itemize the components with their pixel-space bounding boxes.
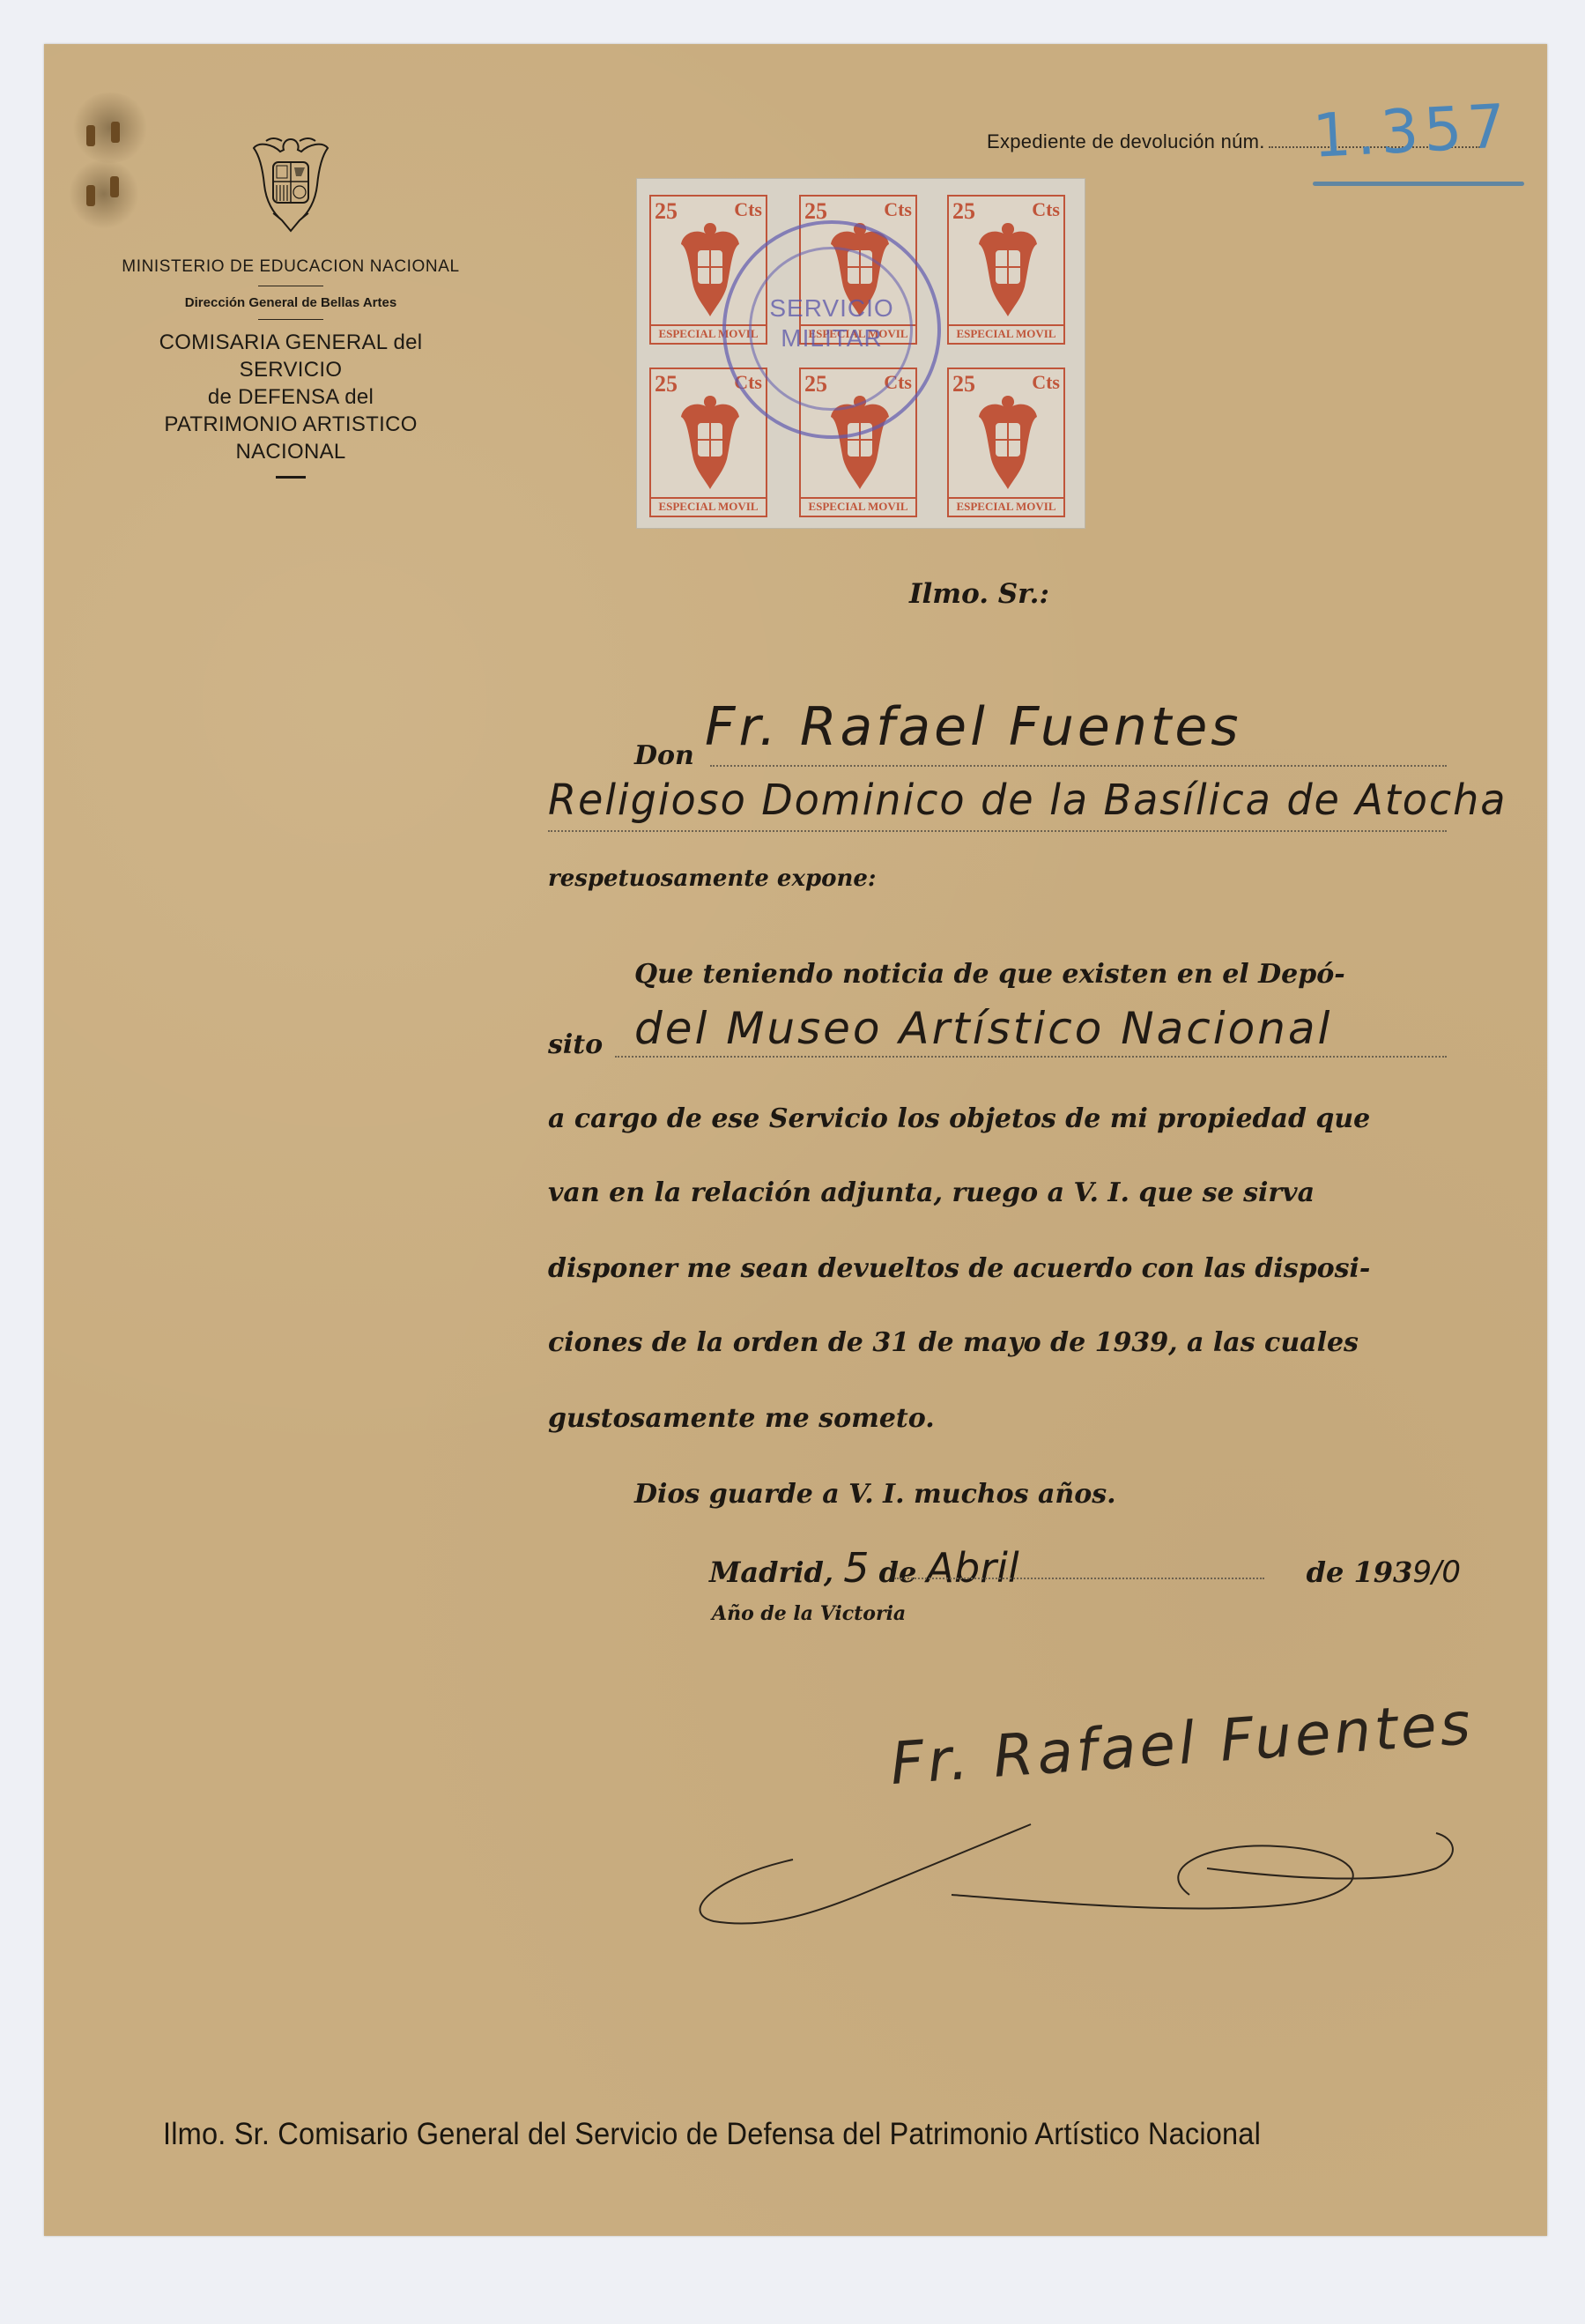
- deposit-handwritten: del Museo Artístico Nacional: [634, 1003, 1332, 1054]
- name-dotted-line: [710, 765, 1447, 767]
- body-sito: sito: [548, 1029, 603, 1060]
- official-seal-icon: SERVICIO MILITAR: [722, 220, 941, 439]
- staple-hole-icon: [86, 125, 95, 146]
- date-de-1: de: [879, 1556, 917, 1589]
- seal-text-line-1: SERVICIO: [726, 294, 937, 323]
- name-handwritten: Fr. Rafael Fuentes: [705, 696, 1242, 758]
- body-line-5: disponer me sean devueltos de acuerdo co…: [548, 1253, 1429, 1284]
- salutation: Ilmo. Sr.:: [909, 578, 1049, 610]
- expediente-label: Expediente de devolución núm.: [987, 130, 1265, 152]
- expone-label: respetuosamente expone:: [548, 865, 877, 892]
- divider: [258, 319, 323, 320]
- signoff: Dios guarde a V. I. muchos años.: [634, 1479, 1116, 1510]
- comisaria-line-1: COMISARIA GENERAL del SERVICIO: [115, 329, 467, 383]
- coat-of-arms-icon: [247, 132, 335, 238]
- divider: [258, 286, 323, 286]
- staple-hole-icon: [86, 185, 95, 206]
- date-line: Madrid, 5 de Abril de 1939/0: [709, 1544, 1461, 1592]
- letterhead: MINISTERIO DE EDUCACION NACIONAL Direcci…: [115, 132, 467, 479]
- body-line-7: gustosamente me someto.: [548, 1403, 1429, 1434]
- divider-bold: [276, 476, 306, 479]
- addressee-footer: Ilmo. Sr. Comisario General del Servicio…: [163, 2117, 1261, 2152]
- expediente-number-handwritten: 1.357: [1311, 92, 1512, 172]
- don-label: Don: [634, 740, 694, 771]
- date-dotted-line: [894, 1578, 1264, 1579]
- body-line-4: van en la relación adjunta, ruego a V. I…: [548, 1177, 1429, 1208]
- direccion-general: Dirección General de Bellas Artes: [115, 295, 467, 310]
- body-line-1: Que teniendo noticia de que existen en e…: [634, 959, 1515, 990]
- ministry-name: MINISTERIO DE EDUCACION NACIONAL: [115, 257, 467, 277]
- occupation-dotted-line: [548, 830, 1447, 832]
- ano-de-la-victoria: Año de la Victoria: [712, 1602, 906, 1625]
- body-line-6: ciones de la orden de 31 de mayo de 1939…: [548, 1327, 1429, 1358]
- occupation-handwritten: Religioso Dominico de la Basílica de Ato…: [548, 776, 1507, 825]
- eagle-icon: [970, 390, 1046, 493]
- revenue-stamp: 25Cts ESPECIAL MOVIL: [947, 195, 1065, 345]
- date-month-handwritten: Abril: [927, 1544, 1297, 1592]
- eagle-icon: [970, 218, 1046, 320]
- seal-text-line-2: MILITAR: [726, 324, 937, 353]
- date-day-handwritten: 5: [843, 1544, 869, 1592]
- date-year-handwritten: 9/0: [1412, 1555, 1461, 1590]
- expediente-underline: [1313, 182, 1524, 186]
- deposit-dotted-line: [615, 1056, 1447, 1058]
- date-year-printed: 193: [1354, 1556, 1413, 1589]
- comisaria-line-2: de DEFENSA del: [115, 383, 467, 411]
- date-city: Madrid,: [709, 1556, 833, 1589]
- eagle-icon: [672, 390, 748, 493]
- body-line-3: a cargo de ese Servicio los objetos de m…: [548, 1103, 1429, 1134]
- comisaria-line-3: PATRIMONIO ARTISTICO NACIONAL: [115, 411, 467, 465]
- date-de-2: de: [1307, 1556, 1344, 1589]
- revenue-stamp: 25Cts ESPECIAL MOVIL: [947, 368, 1065, 517]
